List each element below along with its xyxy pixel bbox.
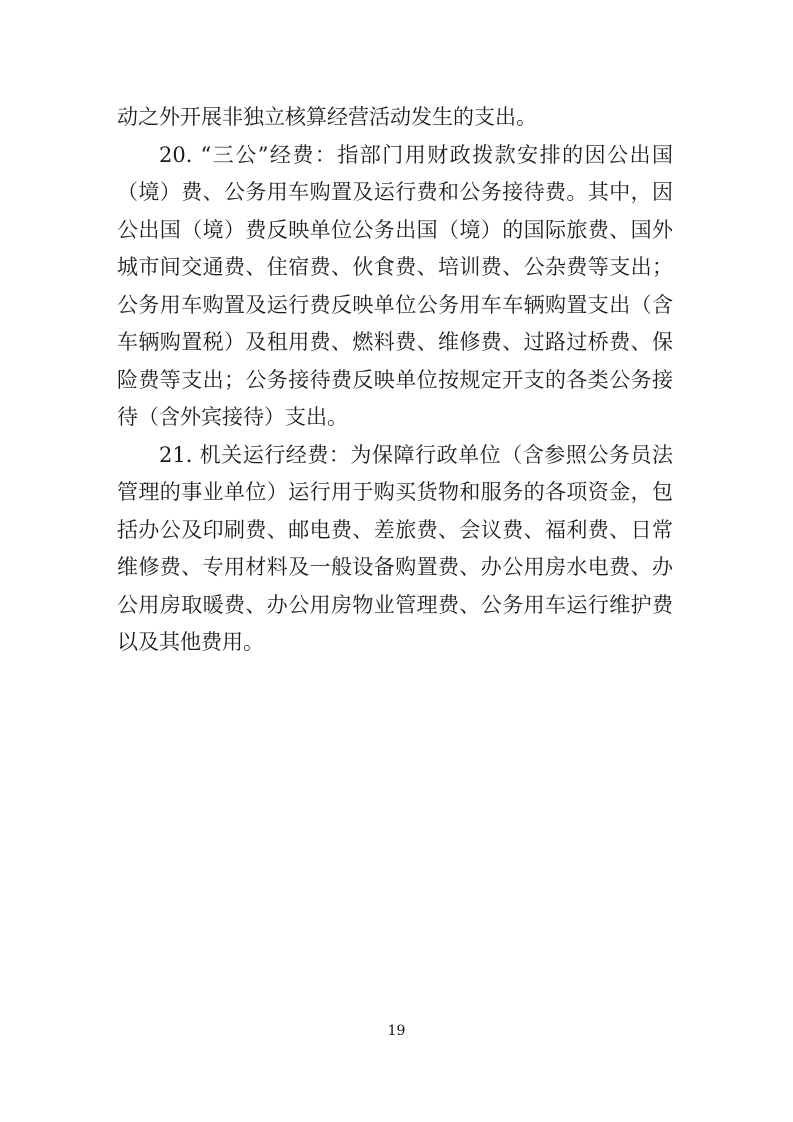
text-line: 城市间交通费、住宿费、伙食费、培训费、公杂费等支出； xyxy=(117,249,673,287)
paragraph: 20. “三公”经费：指部门用财政拨款安排的因公出国 （境）费、公务用车购置及运… xyxy=(117,137,673,437)
text-line: 公用房取暖费、办公用房物业管理费、公务用车运行维护费 xyxy=(117,587,673,625)
text-line: 动之外开展非独立核算经营活动发生的支出。 xyxy=(117,99,673,137)
text-line: 险费等支出；公务接待费反映单位按规定开支的各类公务接 xyxy=(117,362,673,400)
document-body: 动之外开展非独立核算经营活动发生的支出。 20. “三公”经费：指部门用财政拨款… xyxy=(117,99,673,662)
text-line: 20. “三公”经费：指部门用财政拨款安排的因公出国 xyxy=(117,137,673,175)
text-line: 维修费、专用材料及一般设备购置费、办公用房水电费、办 xyxy=(117,549,673,587)
document-page: 动之外开展非独立核算经营活动发生的支出。 20. “三公”经费：指部门用财政拨款… xyxy=(0,0,793,1122)
text-line: 括办公及印刷费、邮电费、差旅费、会议费、福利费、日常 xyxy=(117,512,673,550)
text-line: 公出国（境）费反映单位公务出国（境）的国际旅费、国外 xyxy=(117,212,673,250)
text-line: 车辆购置税）及租用费、燃料费、维修费、过路过桥费、保 xyxy=(117,324,673,362)
text-line: 待（含外宾接待）支出。 xyxy=(117,399,673,437)
paragraph: 21. 机关运行经费：为保障行政单位（含参照公务员法 管理的事业单位）运行用于购… xyxy=(117,437,673,662)
text-line: 以及其他费用。 xyxy=(117,624,673,662)
page-number: 19 xyxy=(0,1023,793,1039)
text-line: 21. 机关运行经费：为保障行政单位（含参照公务员法 xyxy=(117,437,673,475)
text-line: 管理的事业单位）运行用于购买货物和服务的各项资金，包 xyxy=(117,474,673,512)
text-line: （境）费、公务用车购置及运行费和公务接待费。其中，因 xyxy=(117,174,673,212)
text-line: 公务用车购置及运行费反映单位公务用车车辆购置支出（含 xyxy=(117,287,673,325)
paragraph: 动之外开展非独立核算经营活动发生的支出。 xyxy=(117,99,673,137)
